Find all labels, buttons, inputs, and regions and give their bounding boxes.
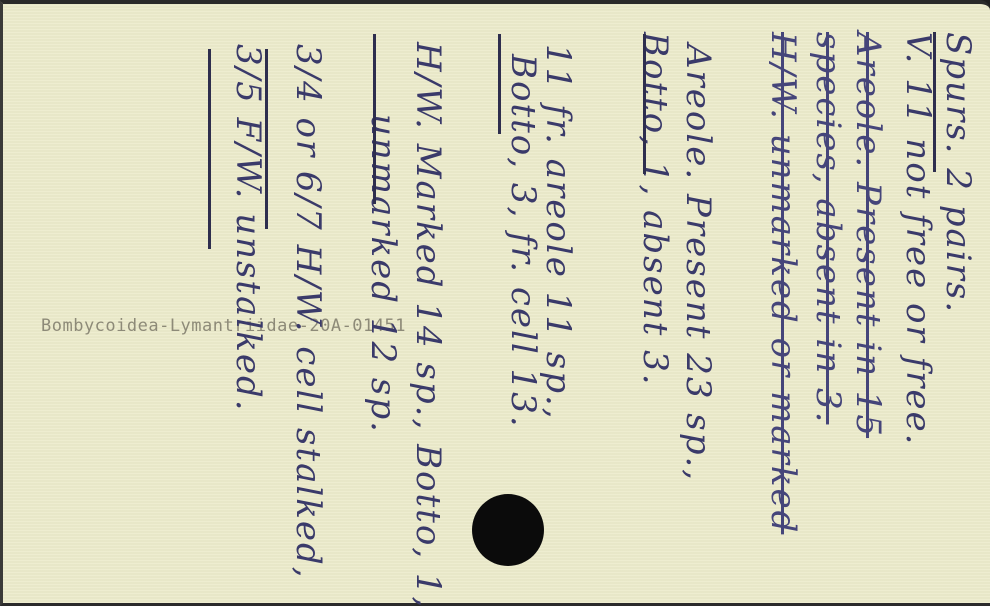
- index-card: Bombycoidea-Lymantriidae-20A-01451 Spurs…: [0, 0, 990, 606]
- underline-mark: [208, 49, 211, 249]
- note-line-struck: species, absent in 3.: [808, 32, 848, 424]
- note-line: H/W. Marked 14 sp., Botto, 1,: [408, 42, 448, 606]
- note-line: Spurs. 2 pairs.: [938, 32, 978, 314]
- note-line: 3/5 F/W. unstalked.: [228, 44, 268, 413]
- note-line: Areole. Present 23 sp.,: [678, 44, 718, 482]
- underline-mark: [643, 34, 646, 174]
- underline-mark: [373, 34, 376, 204]
- note-line: unmarked 12 sp.: [363, 114, 403, 434]
- note-line: V. 11 not free or free.: [898, 32, 938, 446]
- note-line: Botto, 3, fr. cell 13.: [503, 54, 543, 429]
- note-line-struck: H/W. unmarked or marked: [763, 32, 803, 534]
- underline-mark: [265, 49, 268, 229]
- note-line: 11 fr. areole 11 sp.,: [538, 44, 578, 421]
- punch-hole: [472, 494, 544, 566]
- note-line: Botto, 1, absent 3.: [635, 32, 675, 387]
- note-line-struck: Areole. Present in 15: [848, 32, 888, 438]
- underline-mark: [498, 34, 501, 134]
- note-line: 3/4 or 6/7 H/W. cell stalked,: [288, 44, 328, 580]
- underline-mark: [933, 32, 936, 172]
